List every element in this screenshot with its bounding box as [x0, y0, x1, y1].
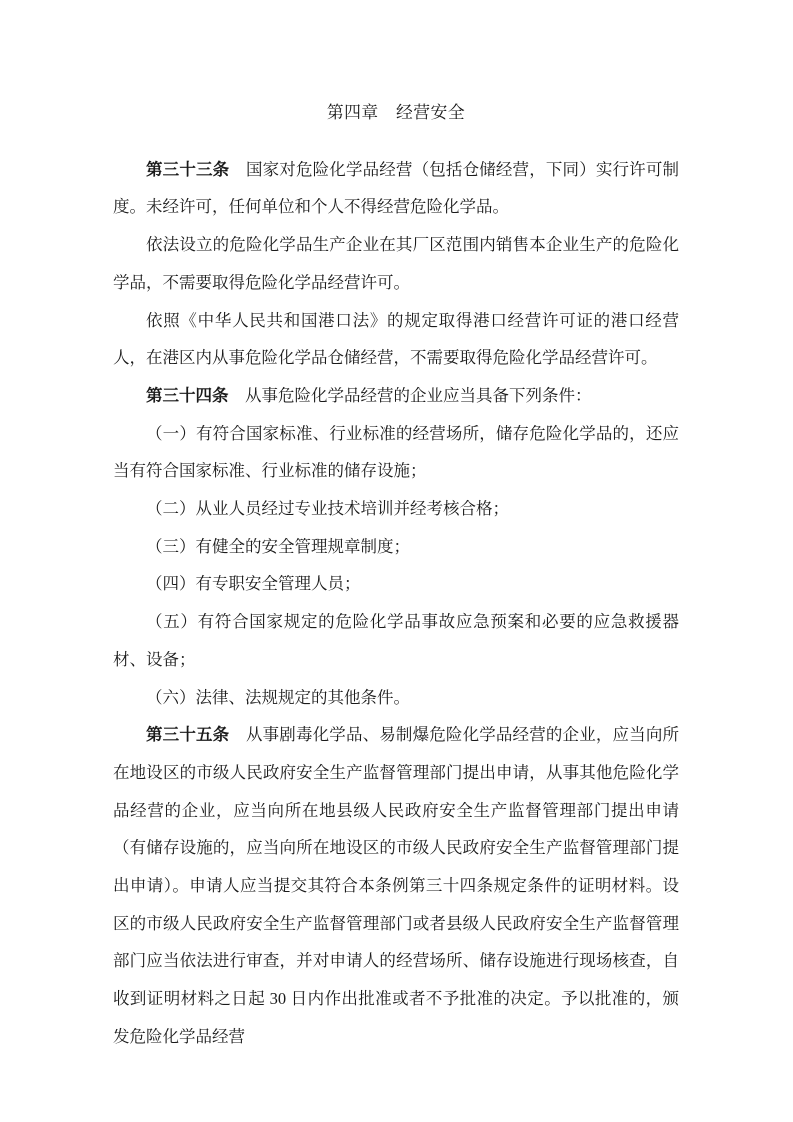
paragraph-text: 依照《中华人民共和国港口法》的规定取得港口经营许可证的港口经营人，在港区内从事危… [113, 311, 679, 368]
paragraph: 依法设立的危险化学品生产企业在其厂区范围内销售本企业生产的危险化学品，不需要取得… [113, 226, 679, 301]
paragraph-text: （二）从业人员经过专业技术培训并经考核合格； [146, 499, 509, 518]
article-33-number: 第三十三条 [146, 160, 229, 179]
paragraph-article-34: 第三十四条 从事危险化学品经营的企业应当具备下列条件： [113, 377, 679, 415]
chapter-heading: 第四章 经营安全 [113, 94, 679, 132]
paragraph-text: （五）有符合国家规定的危险化学品事故应急预案和必要的应急救援器材、设备； [113, 612, 679, 669]
document-body: 第三十三条 国家对危险化学品经营（包括仓储经营，下同）实行许可制度。未经许可，任… [113, 151, 679, 1056]
list-item-1: （一）有符合国家标准、行业标准的经营场所，储存危险化学品的，还应当有符合国家标准… [113, 415, 679, 490]
paragraph-article-35: 第三十五条 从事剧毒化学品、易制爆危险化学品经营的企业，应当向所在地设区的市级人… [113, 716, 679, 1055]
list-item-5: （五）有符合国家规定的危险化学品事故应急预案和必要的应急救援器材、设备； [113, 603, 679, 678]
paragraph-text: （四）有专职安全管理人员； [146, 574, 361, 593]
paragraph-text: （六）法律、法规规定的其他条件。 [146, 688, 410, 707]
list-item-4: （四）有专职安全管理人员； [113, 565, 679, 603]
article-35-number: 第三十五条 [146, 725, 229, 744]
paragraph-text: （三）有健全的安全管理规章制度； [146, 537, 410, 556]
article-34-number: 第三十四条 [146, 386, 229, 405]
list-item-2: （二）从业人员经过专业技术培训并经考核合格； [113, 490, 679, 528]
list-item-3: （三）有健全的安全管理规章制度； [113, 528, 679, 566]
paragraph-article-33: 第三十三条 国家对危险化学品经营（包括仓储经营，下同）实行许可制度。未经许可，任… [113, 151, 679, 226]
paragraph-text: （一）有符合国家标准、行业标准的经营场所，储存危险化学品的，还应当有符合国家标准… [113, 424, 679, 481]
list-item-6: （六）法律、法规规定的其他条件。 [113, 679, 679, 717]
paragraph-text: 从事剧毒化学品、易制爆危险化学品经营的企业，应当向所在地设区的市级人民政府安全生… [113, 725, 679, 1046]
paragraph: 依照《中华人民共和国港口法》的规定取得港口经营许可证的港口经营人，在港区内从事危… [113, 302, 679, 377]
paragraph-text: 依法设立的危险化学品生产企业在其厂区范围内销售本企业生产的危险化学品，不需要取得… [113, 235, 679, 292]
document-page: 第四章 经营安全 第三十三条 国家对危险化学品经营（包括仓储经营，下同）实行许可… [0, 0, 793, 1122]
paragraph-text: 从事危险化学品经营的企业应当具备下列条件： [229, 386, 592, 405]
